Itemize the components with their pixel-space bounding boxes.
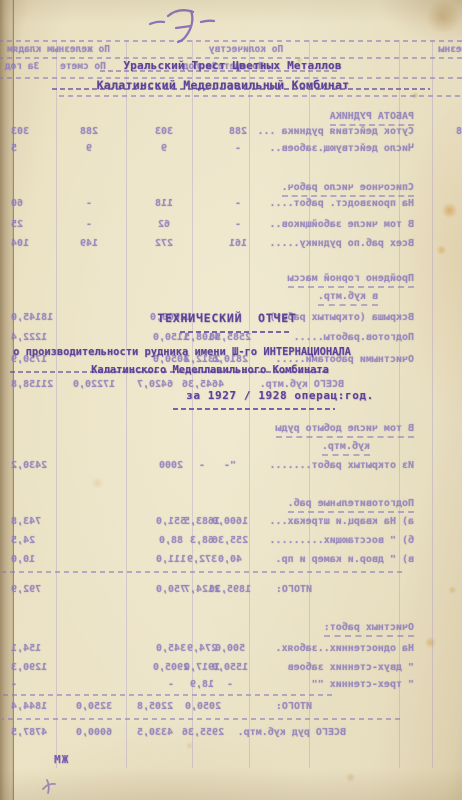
table-cell-value: 6000,0 bbox=[66, 726, 122, 739]
typist-initials: МЖ bbox=[54, 753, 69, 766]
edge-value-fragment: 8 bbox=[448, 125, 462, 138]
table-cell-value: 6420,7 bbox=[130, 378, 180, 391]
table-row-label: Всех раб.по руднику..... bbox=[244, 237, 414, 250]
table-cell-value: 4330,5 bbox=[130, 726, 180, 739]
section-title: в куб.мтр. bbox=[318, 290, 378, 306]
table-cell-value: 743,8 bbox=[6, 515, 58, 528]
section-title: РАБОТА РУДНИКА bbox=[330, 110, 414, 126]
section-title: Списочное число рабоч. bbox=[282, 181, 414, 197]
stamp-report-title: ТЕХНИЧЕСКИЙ ОТЧЕТ bbox=[152, 311, 302, 325]
table-cell-value: 288 bbox=[210, 125, 266, 138]
table-cell-value: 149 bbox=[59, 237, 119, 250]
table-row-label: " трех-стенних "" bbox=[244, 678, 414, 691]
table-cell-value: 303 bbox=[6, 125, 58, 138]
table-cell-value: 9 bbox=[59, 142, 119, 155]
stamp-period-underline bbox=[173, 408, 335, 410]
letterhead-trust: Уральский Трест Цветных Металлов bbox=[90, 59, 375, 72]
table-cell-value: 17220,0 bbox=[66, 378, 122, 391]
table-cell-value: 3250,0 bbox=[66, 700, 122, 713]
table-cell-value: - bbox=[59, 197, 119, 210]
table-cell-value: 111,0 bbox=[146, 553, 196, 566]
table-cell-value: 303 bbox=[134, 125, 194, 138]
stamp-period-line: за 1927 / 1928 операц:год. bbox=[186, 389, 374, 402]
table-cell-value: 4787,5 bbox=[6, 726, 58, 739]
table-cell-value: - bbox=[59, 218, 119, 231]
table-row-label: Из открытых работ....... bbox=[244, 459, 414, 472]
table-cell-value: - bbox=[6, 678, 58, 691]
table-row-label: " двух-стенних забоев bbox=[244, 661, 414, 674]
table-cell-value: 551,0 bbox=[146, 515, 196, 528]
table-rule-line bbox=[2, 694, 332, 696]
table-cell-value: 288 bbox=[59, 125, 119, 138]
table-cell-value: 2905,0 bbox=[146, 661, 196, 674]
table-cell-value: 272 bbox=[134, 237, 194, 250]
table-cell-value: 2430,2 bbox=[6, 459, 58, 472]
column-subheader: За год bbox=[0, 60, 44, 73]
table-cell-value: - bbox=[146, 678, 196, 691]
table-cell-value: 1844,4 bbox=[6, 700, 58, 713]
table-row-label: б) " восстающих......... bbox=[244, 534, 414, 547]
stamp-combine-line: Калатинского Медеплавильного Комбината bbox=[88, 364, 332, 376]
table-cell-value: 1290,3 bbox=[6, 661, 58, 674]
table-cell-value: 2205,8 bbox=[130, 700, 180, 713]
table-cell-value: - bbox=[210, 142, 266, 155]
table-cell-value: 88,0 bbox=[146, 534, 196, 547]
table-cell-value: 161 bbox=[210, 237, 266, 250]
table-cell-value: 21158,8 bbox=[6, 378, 58, 391]
table-row-label: Суток действия рудника ... bbox=[244, 125, 414, 138]
table-cell-value: 24,5 bbox=[6, 534, 58, 547]
section-title: В том числе добыто руды bbox=[276, 422, 414, 438]
table-cell-value: 62 bbox=[134, 218, 194, 231]
table-row-label: Число действующ.забоев.. bbox=[244, 142, 414, 155]
table-cell-value: 9 bbox=[134, 142, 194, 155]
letterhead-combine: Калатинский Медеплавильный Комбинат bbox=[68, 78, 378, 92]
table-cell-value: 18145,0 bbox=[6, 311, 58, 324]
table-cell-value: 25 bbox=[6, 218, 58, 231]
table-rule-line bbox=[2, 718, 400, 720]
table-cell-value: - bbox=[210, 197, 266, 210]
table-cell-value: 1222,4 bbox=[6, 331, 58, 344]
section-title: Очистных работ: bbox=[324, 621, 414, 637]
column-group-header: По количеству bbox=[190, 43, 302, 56]
column-group-header-fragment: По железным кладям bbox=[438, 43, 462, 56]
table-cell-value: 2000 bbox=[146, 459, 196, 472]
table-cell-value: 2955,36 bbox=[176, 726, 230, 739]
table-column-line bbox=[126, 40, 127, 768]
table-cell-value: 2050,0 bbox=[176, 700, 230, 713]
document-page: По количествуПо железным кладямПо железн… bbox=[0, 0, 462, 800]
column-group-header: По железным кладям bbox=[0, 43, 117, 56]
table-row-label: а) На кварц.и штреках... bbox=[244, 515, 414, 528]
section-title: Пройдено горной массы bbox=[288, 272, 414, 288]
table-cell-value: 345,0 bbox=[146, 642, 196, 655]
section-title: Подготовительные раб. bbox=[288, 497, 414, 513]
table-cell-value: 750,0 bbox=[146, 583, 196, 596]
table-cell-value: 5 bbox=[6, 142, 58, 155]
table-cell-value: 118 bbox=[134, 197, 194, 210]
table-cell-value: 792,9 bbox=[6, 583, 58, 596]
table-cell-value: - bbox=[210, 218, 266, 231]
table-row-label: в) " двор.и камер и пр. bbox=[244, 553, 414, 566]
table-rule-line bbox=[2, 571, 402, 573]
table-cell-value: 104 bbox=[6, 237, 58, 250]
table-column-line bbox=[432, 40, 433, 768]
table-row-label: На производст. работ.... bbox=[244, 197, 414, 210]
stamp-title-underline bbox=[180, 331, 292, 333]
stamp-subtitle: о производительности рудника имени Ш-го … bbox=[10, 346, 354, 358]
table-cell-value: 60 bbox=[6, 197, 58, 210]
table-rule-line bbox=[0, 40, 462, 42]
table-row-label: В том числе забойщиков.. bbox=[244, 218, 414, 231]
section-title: куб.мтр. bbox=[322, 440, 370, 456]
table-cell-value: 10,0 bbox=[6, 553, 58, 566]
table-cell-value: 154,1 bbox=[6, 642, 58, 655]
table-row-label: На одностенних..забоях. bbox=[244, 642, 414, 655]
